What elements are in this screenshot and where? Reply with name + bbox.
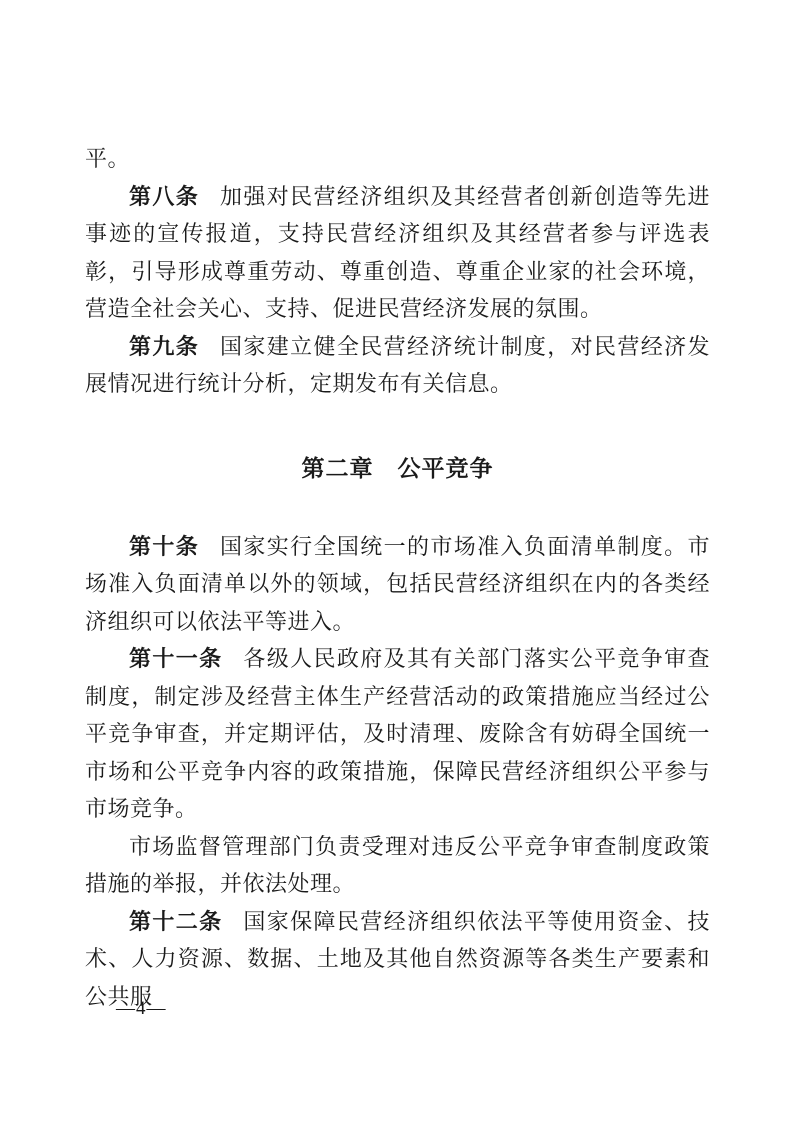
paragraph-article-11: 第十一条各级人民政府及其有关部门落实公平竞争审查制度，制定涉及经营主体生产经营活… — [85, 640, 710, 828]
document-page: 平。 第八条加强对民营经济组织及其经营者创新创造等先进事迹的宣传报道，支持民营经… — [0, 0, 793, 1122]
article-9-label: 第九条 — [129, 334, 199, 359]
paragraph-market-supervision: 市场监督管理部门负责受理对违反公平竞争审查制度政策措施的举报，并依法处理。 — [85, 828, 710, 903]
article-10-label: 第十条 — [129, 534, 199, 559]
paragraph-article-10: 第十条国家实行全国统一的市场准入负面清单制度。市场准入负面清单以外的领域，包括民… — [85, 528, 710, 641]
document-content: 平。 第八条加强对民营经济组织及其经营者创新创造等先进事迹的宣传报道，支持民营经… — [85, 0, 710, 1015]
paragraph-article-12: 第十二条国家保障民营经济组织依法平等使用资金、技术、人力资源、数据、土地及其他自… — [85, 903, 710, 1016]
article-8-label: 第八条 — [129, 184, 199, 209]
page-number: —4— — [116, 998, 167, 1020]
chapter-2-heading: 第二章 公平竞争 — [85, 453, 710, 483]
paragraph-continuation: 平。 — [85, 140, 710, 178]
article-11-label: 第十一条 — [129, 646, 223, 671]
article-12-label: 第十二条 — [129, 909, 223, 934]
paragraph-article-8: 第八条加强对民营经济组织及其经营者创新创造等先进事迹的宣传报道，支持民营经济组织… — [85, 178, 710, 328]
paragraph-article-9: 第九条国家建立健全民营经济统计制度，对民营经济发展情况进行统计分析，定期发布有关… — [85, 328, 710, 403]
article-11-text: 各级人民政府及其有关部门落实公平竞争审查制度，制定涉及经营主体生产经营活动的政策… — [85, 646, 710, 821]
